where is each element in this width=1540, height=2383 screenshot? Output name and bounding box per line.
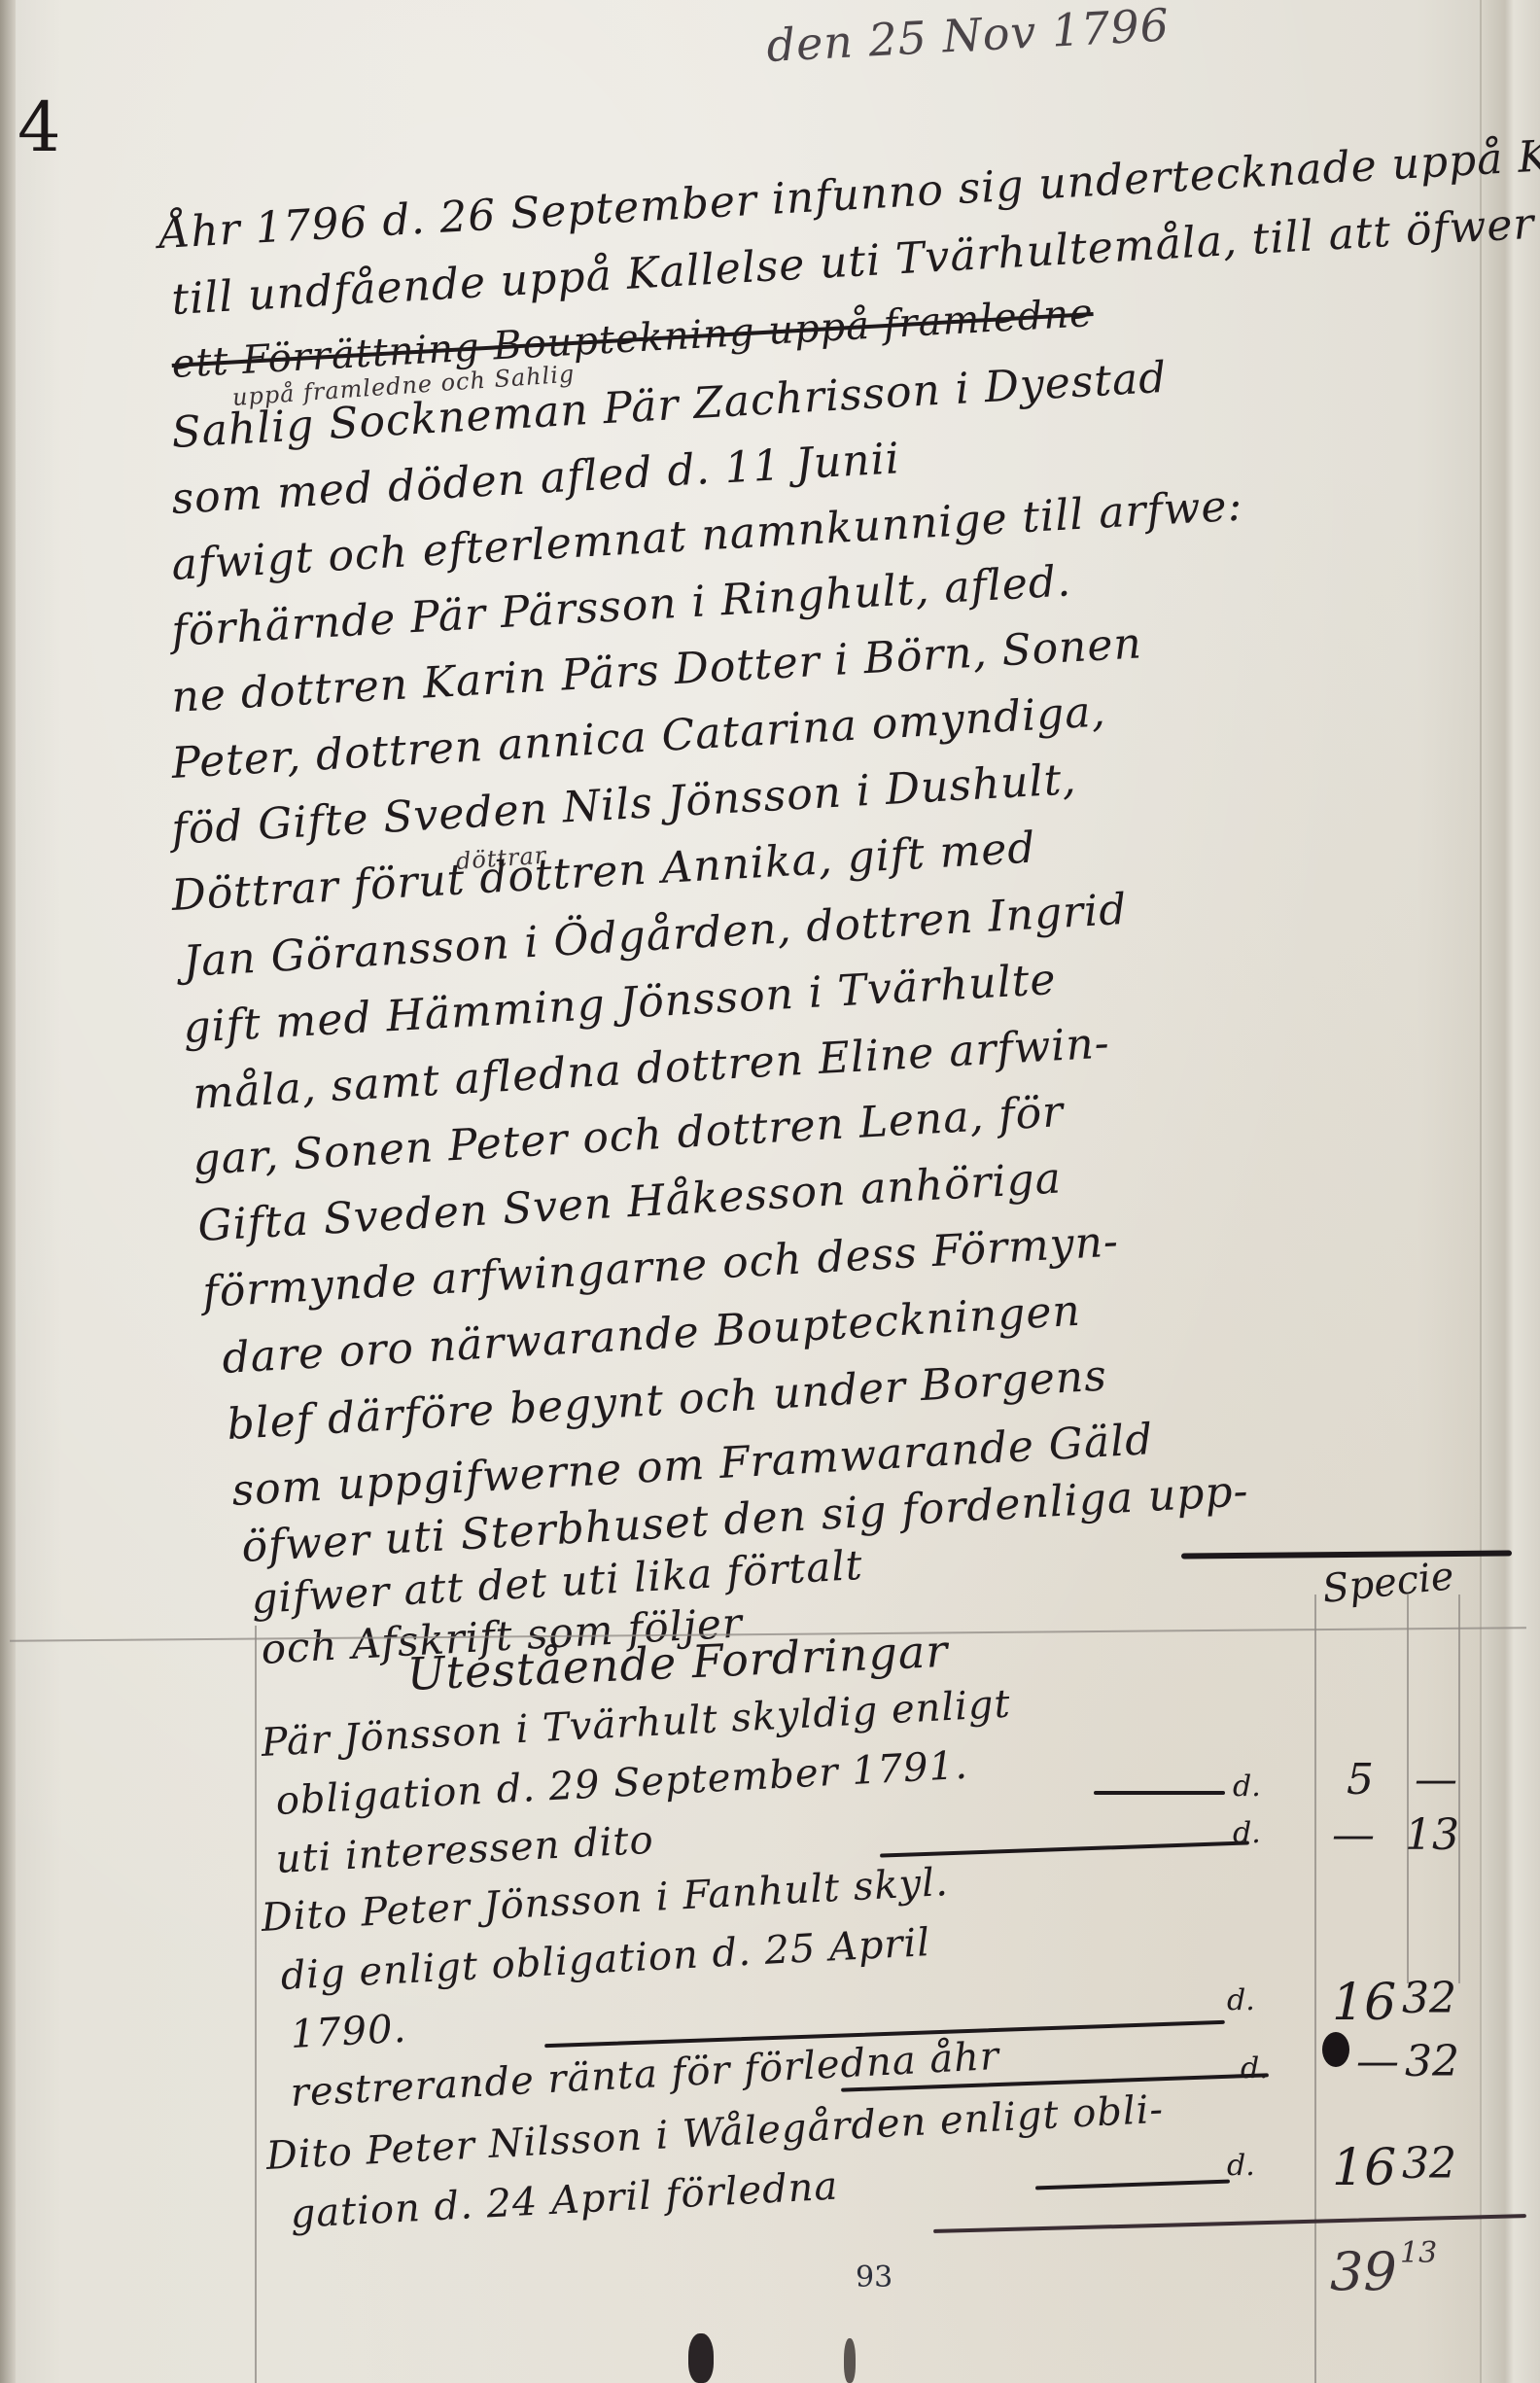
entry-dash: [1035, 2180, 1230, 2190]
ditto-mark: d.: [1241, 2051, 1269, 2085]
entry-dash: [880, 1840, 1249, 1857]
manuscript-page: den 25 Nov 1796 4 Åhr 1796 d. 26 Septemb…: [0, 0, 1540, 2383]
amount-skilling: 32: [1402, 1974, 1456, 2023]
ledger-amount-rule: [1314, 1595, 1316, 2383]
adjacent-page-edge: [1480, 0, 1540, 2383]
ditto-mark: d.: [1227, 1983, 1255, 2017]
ledger-right-rule: [1458, 1595, 1460, 1983]
ledger-margin-rule: [255, 1626, 257, 2383]
sewing-thread: [844, 2338, 856, 2383]
ledger-skilling-rule: [1407, 1595, 1409, 1983]
sewing-hole: [688, 2333, 714, 2383]
amount-skilling: 13: [1405, 1810, 1459, 1860]
amount-riksdaler: —: [1332, 1810, 1375, 1860]
total-riksdaler: 39: [1330, 2241, 1397, 2302]
total-skilling: 13: [1400, 2236, 1437, 2270]
ink-blot: [1322, 2032, 1349, 2067]
currency-column-label: Specie: [1320, 1554, 1456, 1612]
header-date: den 25 Nov 1796: [765, 0, 1171, 72]
amount-skilling: 32: [1402, 2139, 1456, 2189]
amount-skilling: 32: [1405, 2037, 1459, 2086]
ditto-mark: d.: [1233, 1816, 1261, 1850]
ditto-mark: d.: [1233, 1770, 1261, 1804]
ledger-entry-line: gation d. 24 April förledna: [290, 2164, 840, 2237]
amount-riksdaler: —: [1356, 2037, 1399, 2086]
entry-dash: [1094, 1791, 1225, 1795]
total-rule: [933, 2214, 1526, 2233]
page-number: 93: [856, 2260, 892, 2295]
amount-riksdaler: 16: [1332, 2139, 1396, 2197]
ledger-entry-line: 1790.: [290, 2007, 408, 2057]
amount-riksdaler: 5: [1347, 1755, 1374, 1805]
ledger-entry-line: uti interessen dito: [275, 1818, 655, 1882]
folio-mark: 4: [17, 88, 62, 167]
amount-riksdaler: 16: [1332, 1974, 1396, 2032]
closing-flourish: [1181, 1551, 1512, 1559]
binding-shadow-left: [0, 0, 16, 2383]
ditto-mark: d.: [1227, 2149, 1255, 2183]
amount-skilling: —: [1415, 1755, 1457, 1805]
